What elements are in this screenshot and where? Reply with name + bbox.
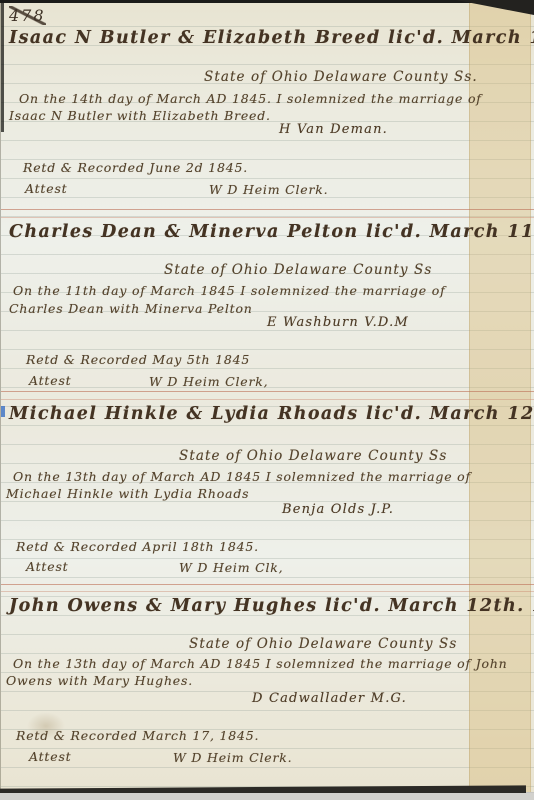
solemnization-line-2: Michael Hinkle with Lydia Rhoads — [6, 486, 249, 501]
county-line: State of Ohio Delaware County Ss. — [204, 69, 478, 85]
entry-separator — [1, 217, 534, 218]
scan-background-bottom — [0, 793, 534, 800]
attest-label: Attest — [29, 373, 72, 388]
entry-separator — [1, 209, 534, 210]
recorded-line: Retd & Recorded June 2d 1845. — [23, 160, 248, 175]
officiant-signature: E Washburn V.D.M — [267, 315, 409, 330]
officiant-signature: Benja Olds J.P. — [282, 502, 394, 517]
attest-label: Attest — [25, 181, 68, 196]
recorded-line: Retd & Recorded May 5th 1845 — [26, 352, 250, 367]
solemnization-line-2: Isaac N Butler with Elizabeth Breed. — [9, 108, 271, 123]
recorded-line: Retd & Recorded April 18th 1845. — [16, 539, 259, 554]
entry-heading: Isaac N Butler & Elizabeth Breed lic'd. … — [9, 28, 534, 48]
recorded-line: Retd & Recorded March 17, 1845. — [16, 728, 259, 743]
entry-separator — [1, 399, 534, 400]
page-number: 478 — [9, 6, 46, 25]
blue-paper-mark — [1, 406, 5, 417]
entry-separator — [1, 584, 534, 585]
entry-separator — [1, 591, 534, 592]
solemnization-line-1: On the 11th day of March 1845 I solemniz… — [13, 283, 446, 298]
entry-heading: Michael Hinkle & Lydia Rhoads lic'd. Mar… — [9, 404, 534, 424]
attest-label: Attest — [26, 559, 69, 574]
attest-label: Attest — [29, 749, 72, 764]
clerk-signature: W D Heim Clerk, — [149, 374, 268, 389]
entry-separator — [1, 391, 534, 392]
solemnization-line-1: On the 14th day of March AD 1845. I sole… — [19, 91, 482, 106]
solemnization-line-2: Owens with Mary Hughes. — [6, 673, 193, 688]
clerk-signature: W D Heim Clerk. — [173, 750, 292, 765]
officiant-signature: H Van Deman. — [279, 122, 388, 137]
clerk-signature: W D Heim Clk, — [179, 560, 283, 575]
tape-strip — [469, 2, 531, 792]
entry-heading: John Owens & Mary Hughes lic'd. March 12… — [9, 596, 534, 616]
county-line: State of Ohio Delaware County Ss — [189, 636, 457, 652]
county-line: State of Ohio Delaware County Ss — [164, 262, 432, 278]
scan-edge-left — [1, 2, 4, 132]
solemnization-line-2: Charles Dean with Minerva Pelton — [9, 301, 253, 316]
scan-edge-top — [0, 0, 534, 3]
solemnization-line-1: On the 13th day of March AD 1845 I solem… — [13, 656, 508, 671]
county-line: State of Ohio Delaware County Ss — [179, 448, 447, 464]
ledger-paper: 478 Isaac N Butler & Elizabeth Breed lic… — [0, 2, 534, 792]
entry-heading: Charles Dean & Minerva Pelton lic'd. Mar… — [9, 222, 534, 242]
scanned-ledger-page: 478 Isaac N Butler & Elizabeth Breed lic… — [0, 0, 534, 800]
solemnization-line-1: On the 13th day of March AD 1845 I solem… — [13, 469, 471, 484]
clerk-signature: W D Heim Clerk. — [209, 182, 328, 197]
officiant-signature: D Cadwallader M.G. — [252, 691, 407, 706]
